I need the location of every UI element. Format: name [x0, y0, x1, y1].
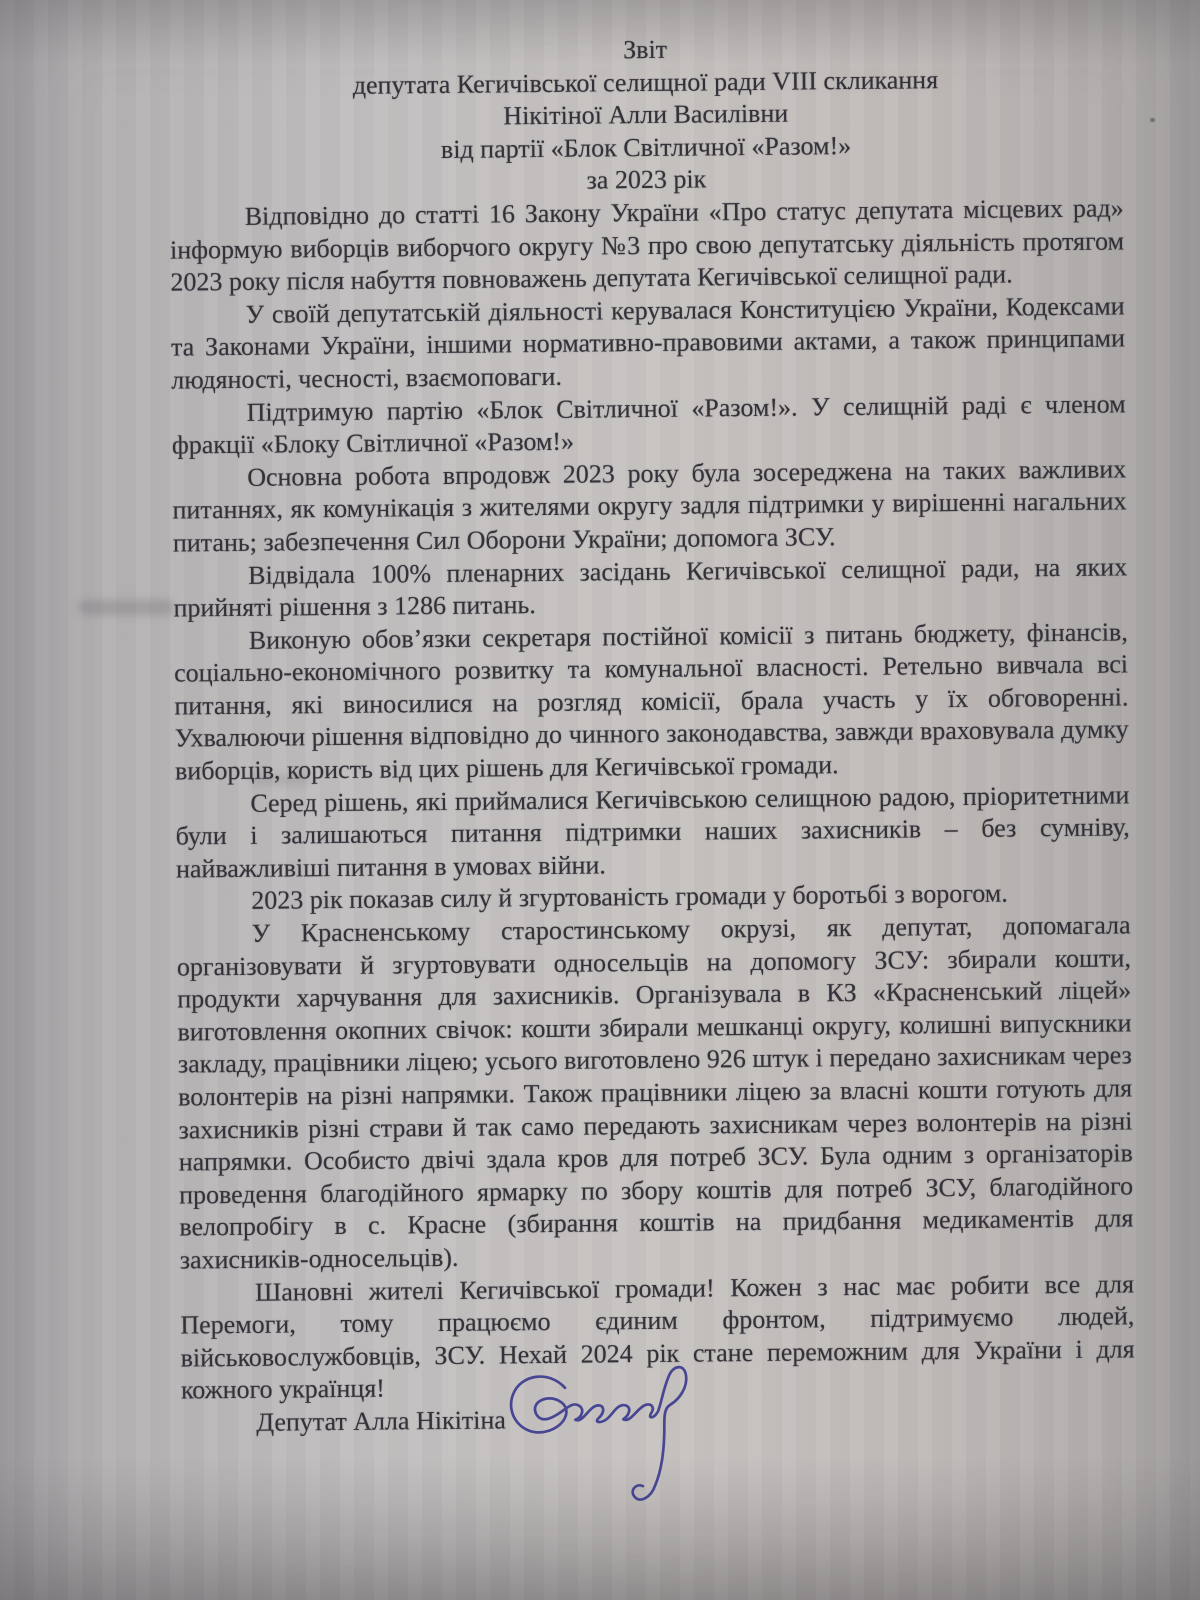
report-title: Звіт депутата Кегичівської селищної ради…	[168, 29, 1124, 201]
paragraph-party-support: Підтримую партію «Блок Світличної «Разом…	[171, 388, 1126, 462]
ink-bleed-through-artifact	[78, 600, 174, 615]
handwritten-signature	[503, 1342, 720, 1512]
signature-label: Депутат Алла Нікітіна	[256, 1405, 506, 1436]
paper-sheet: Звіт депутата Кегичівської селищної ради…	[0, 0, 1200, 1600]
paragraph-commission-duties: Виконую обов’язки секретаря постійної ко…	[174, 616, 1130, 788]
page-content: Звіт депутата Кегичівської селищної ради…	[168, 29, 1135, 1440]
paragraph-attendance: Відвідала 100% пленарних засідань Кегичі…	[173, 551, 1128, 625]
paragraph-volunteer-activity: У Красненському старостинському окрузі, …	[176, 909, 1133, 1277]
paper-speck	[1150, 118, 1155, 122]
paragraph-priority-decisions: Серед рішень, які приймалися Кегичівсько…	[175, 779, 1130, 886]
paragraph-legal-basis: Відповідно до статті 16 Закону України «…	[170, 192, 1125, 299]
paragraph-principles: У своїй депутатській діяльності керувала…	[171, 290, 1126, 397]
paragraph-main-work: Основна робота впродовж 2023 року була з…	[172, 453, 1127, 560]
